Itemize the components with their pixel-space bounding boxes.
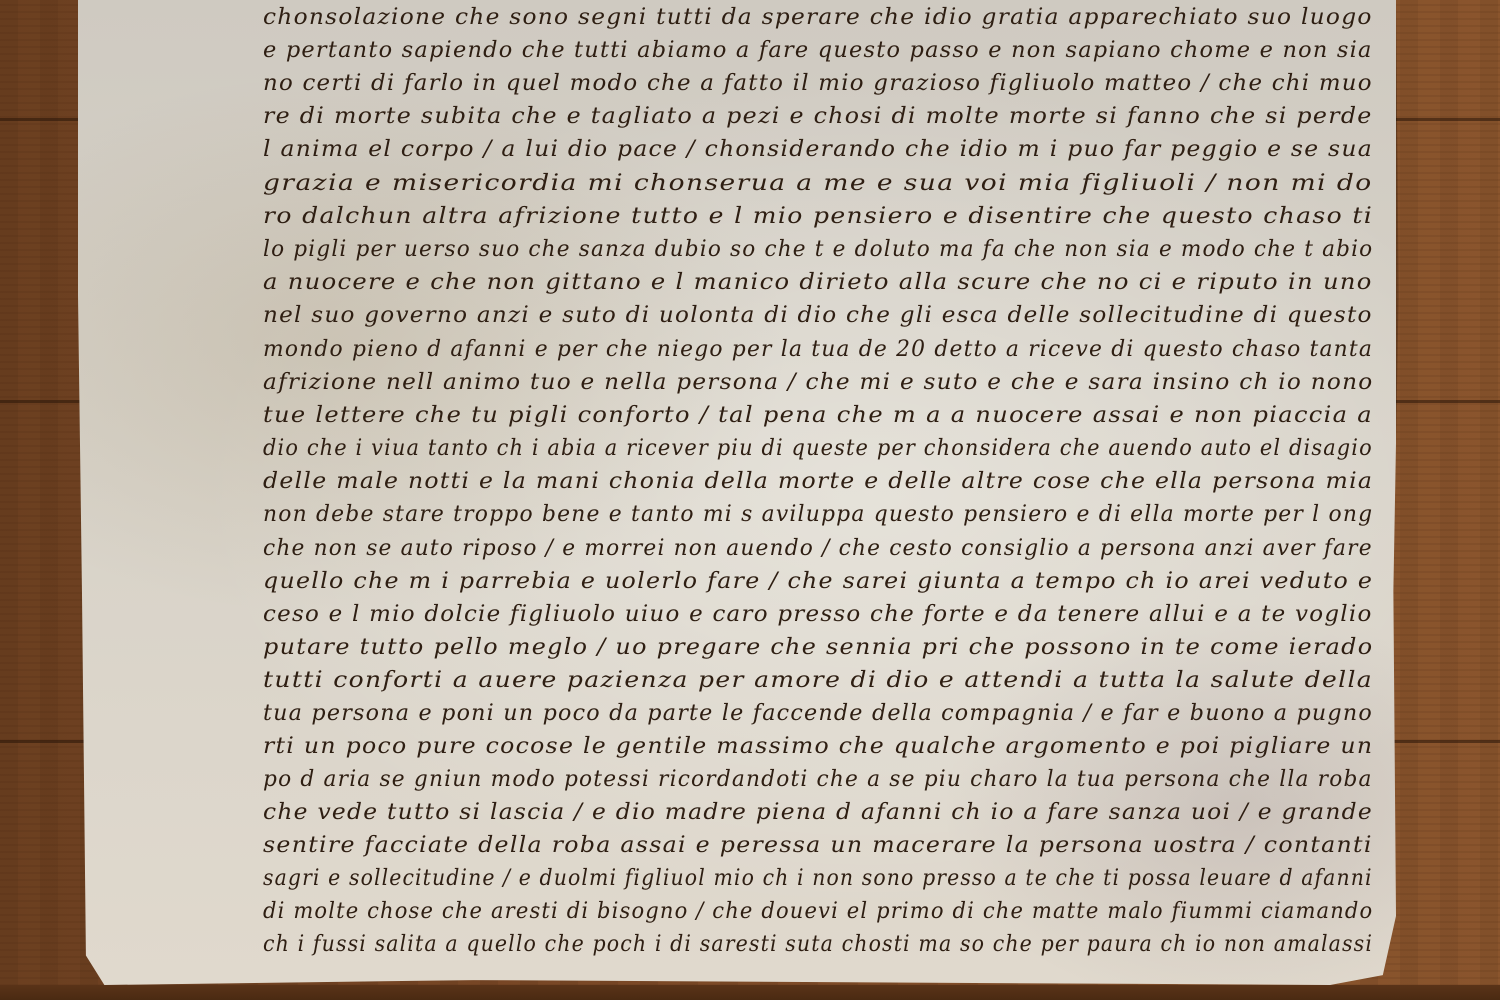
manuscript-line-12: afrizione nell animo tuo e nella persona… (263, 370, 1373, 395)
manuscript-line-20: putare tutto pello meglo / uo pregare ch… (263, 635, 1373, 660)
manuscript-line-16: non debe stare troppo bene e tanto mi s … (263, 502, 1373, 527)
manuscript-line-24: po d aria se gniun modo potessi ricordan… (263, 767, 1373, 792)
manuscript-line-8: lo pigli per uerso suo che sanza dubio s… (263, 237, 1373, 262)
manuscript-line-2: e pertanto sapiendo che tutti abiamo a f… (263, 38, 1373, 63)
manuscript-line-25: che vede tutto si lascia / e dio madre p… (263, 800, 1373, 825)
manuscript-line-29: ch i fussi salita a quello che poch i di… (263, 932, 1373, 957)
manuscript-line-6: grazia e misericordia mi chonserua a me … (263, 171, 1373, 196)
manuscript-line-15: delle male notti e la mani chonia della … (263, 469, 1373, 494)
manuscript-line-5: l anima el corpo / a lui dio pace / chon… (263, 137, 1373, 162)
manuscript-line-17: che non se auto riposo / e morrei non au… (263, 536, 1373, 561)
manuscript-line-7: ro dalchun altra afrizione tutto e l mio… (263, 204, 1373, 229)
manuscript-line-27: sagri e sollecitudine / e duolmi figliuo… (263, 866, 1373, 891)
manuscript-line-4: re di morte subita che e tagliato a pezi… (263, 104, 1373, 129)
manuscript-line-26: sentire facciate della roba assai e pere… (263, 833, 1373, 858)
manuscript-line-13: tue lettere che tu pigli conforto / tal … (263, 403, 1373, 428)
manuscript-line-9: a nuocere e che non gittano e l manico d… (263, 270, 1373, 295)
manuscript-line-28: di molte chose che aresti di bisogno / c… (263, 899, 1373, 924)
manuscript-line-3: no certi di farlo in quel modo che a fat… (263, 71, 1373, 96)
manuscript-line-11: mondo pieno d afanni e per che niego per… (263, 337, 1373, 362)
manuscript-page: chonsolazione che sono segni tutti da sp… (78, 0, 1396, 985)
table-edge (0, 985, 1500, 1000)
manuscript-line-19: ceso e l mio dolcie figliuolo uiuo e car… (263, 602, 1373, 627)
manuscript-line-1: chonsolazione che sono segni tutti da sp… (263, 5, 1373, 30)
manuscript-line-21: tutti conforti a auere pazienza per amor… (263, 668, 1373, 693)
manuscript-line-10: nel suo governo anzi e suto di uolonta d… (263, 303, 1373, 328)
manuscript-line-14: dio che i viua tanto ch i abia a ricever… (263, 436, 1373, 461)
manuscript-line-22: tua persona e poni un poco da parte le f… (263, 701, 1373, 726)
manuscript-line-18: quello che m i parrebia e uolerlo fare /… (263, 569, 1373, 594)
manuscript-line-23: rti un poco pure cocose le gentile massi… (263, 734, 1373, 759)
